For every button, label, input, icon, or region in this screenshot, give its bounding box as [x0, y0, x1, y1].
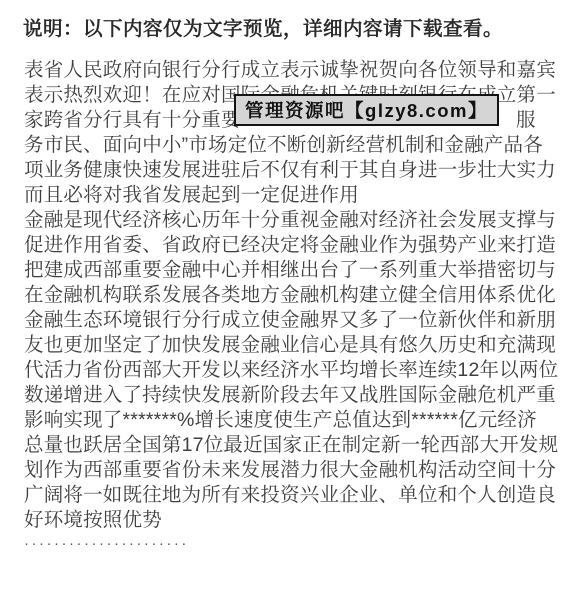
body-text-line: 总量也跃居全国第17位最近国家正在制定新一轮西部大开发规	[24, 433, 558, 458]
document-preview-page: 说明：以下内容仅为文字预览，详细内容请下载查看。 表省人民政府向银行分行成立表示…	[0, 0, 578, 600]
preview-notice: 说明：以下内容仅为文字预览，详细内容请下载查看。	[23, 16, 503, 42]
watermark-badge: 管理资源吧【glzy8.com】	[234, 94, 499, 126]
body-text-line: 金融是现代经济核心历年十分重视金融对经济社会发展支撑与	[24, 208, 558, 233]
body-text-line: 在金融机构联系发展各类地方金融机构建立健全信用体系优化	[24, 283, 558, 308]
body-text-line: 影响实现了*******%增长速度使生产总值达到******亿元经济	[24, 408, 558, 433]
body-text-line: 好环境按照优势	[24, 508, 558, 533]
body-text-line: 而且必将对我省发展起到一定促进作用	[24, 183, 558, 208]
body-text-line: 表省人民政府向银行分行成立表示诚挚祝贺向各位领导和嘉宾	[24, 58, 558, 83]
body-text-fragment-right: 服	[516, 108, 536, 133]
truncation-ellipsis: ······················	[24, 533, 558, 558]
body-text-line-with-watermark: 家跨省分行具有十分重要 管理资源吧【glzy8.com】 服	[24, 108, 558, 133]
body-text-line: 广阔将一如既往地为所有来投资兴业企业、单位和个人创造良	[24, 483, 558, 508]
body-text-line: 项业务健康快速发展进驻后不仅有利于其自身进一步壮大实力	[24, 158, 558, 183]
body-text-line: 数递增进入了持续快发展新阶段去年又战胜国际金融危机严重	[24, 383, 558, 408]
body-text-line: 划作为西部重要省份未来发展潜力很大金融机构活动空间十分	[24, 458, 558, 483]
body-text-line: 代活力省份西部大开发以来经济水平均增长率连续12年以两位	[24, 358, 558, 383]
body-text-line: 把建成西部重要金融中心并相继出台了一系列重大举措密切与	[24, 258, 558, 283]
body-text-line: 务市民、面向中小”市场定位不断创新经营机制和金融产品各	[24, 133, 558, 158]
body-text-line: 金融生态环境银行分行成立使金融界又多了一位新伙伴和新朋	[24, 308, 558, 333]
document-body: 表省人民政府向银行分行成立表示诚挚祝贺向各位领导和嘉宾 表示热烈欢迎！在应对国际…	[24, 58, 558, 558]
body-text-line: 促进作用省委、省政府已经决定将金融业作为强势产业来打造	[24, 233, 558, 258]
body-text-fragment-left: 家跨省分行具有十分重要	[24, 109, 241, 131]
body-text-line: 友也更加坚定了加快发展金融业信心是具有悠久历史和充满现	[24, 333, 558, 358]
